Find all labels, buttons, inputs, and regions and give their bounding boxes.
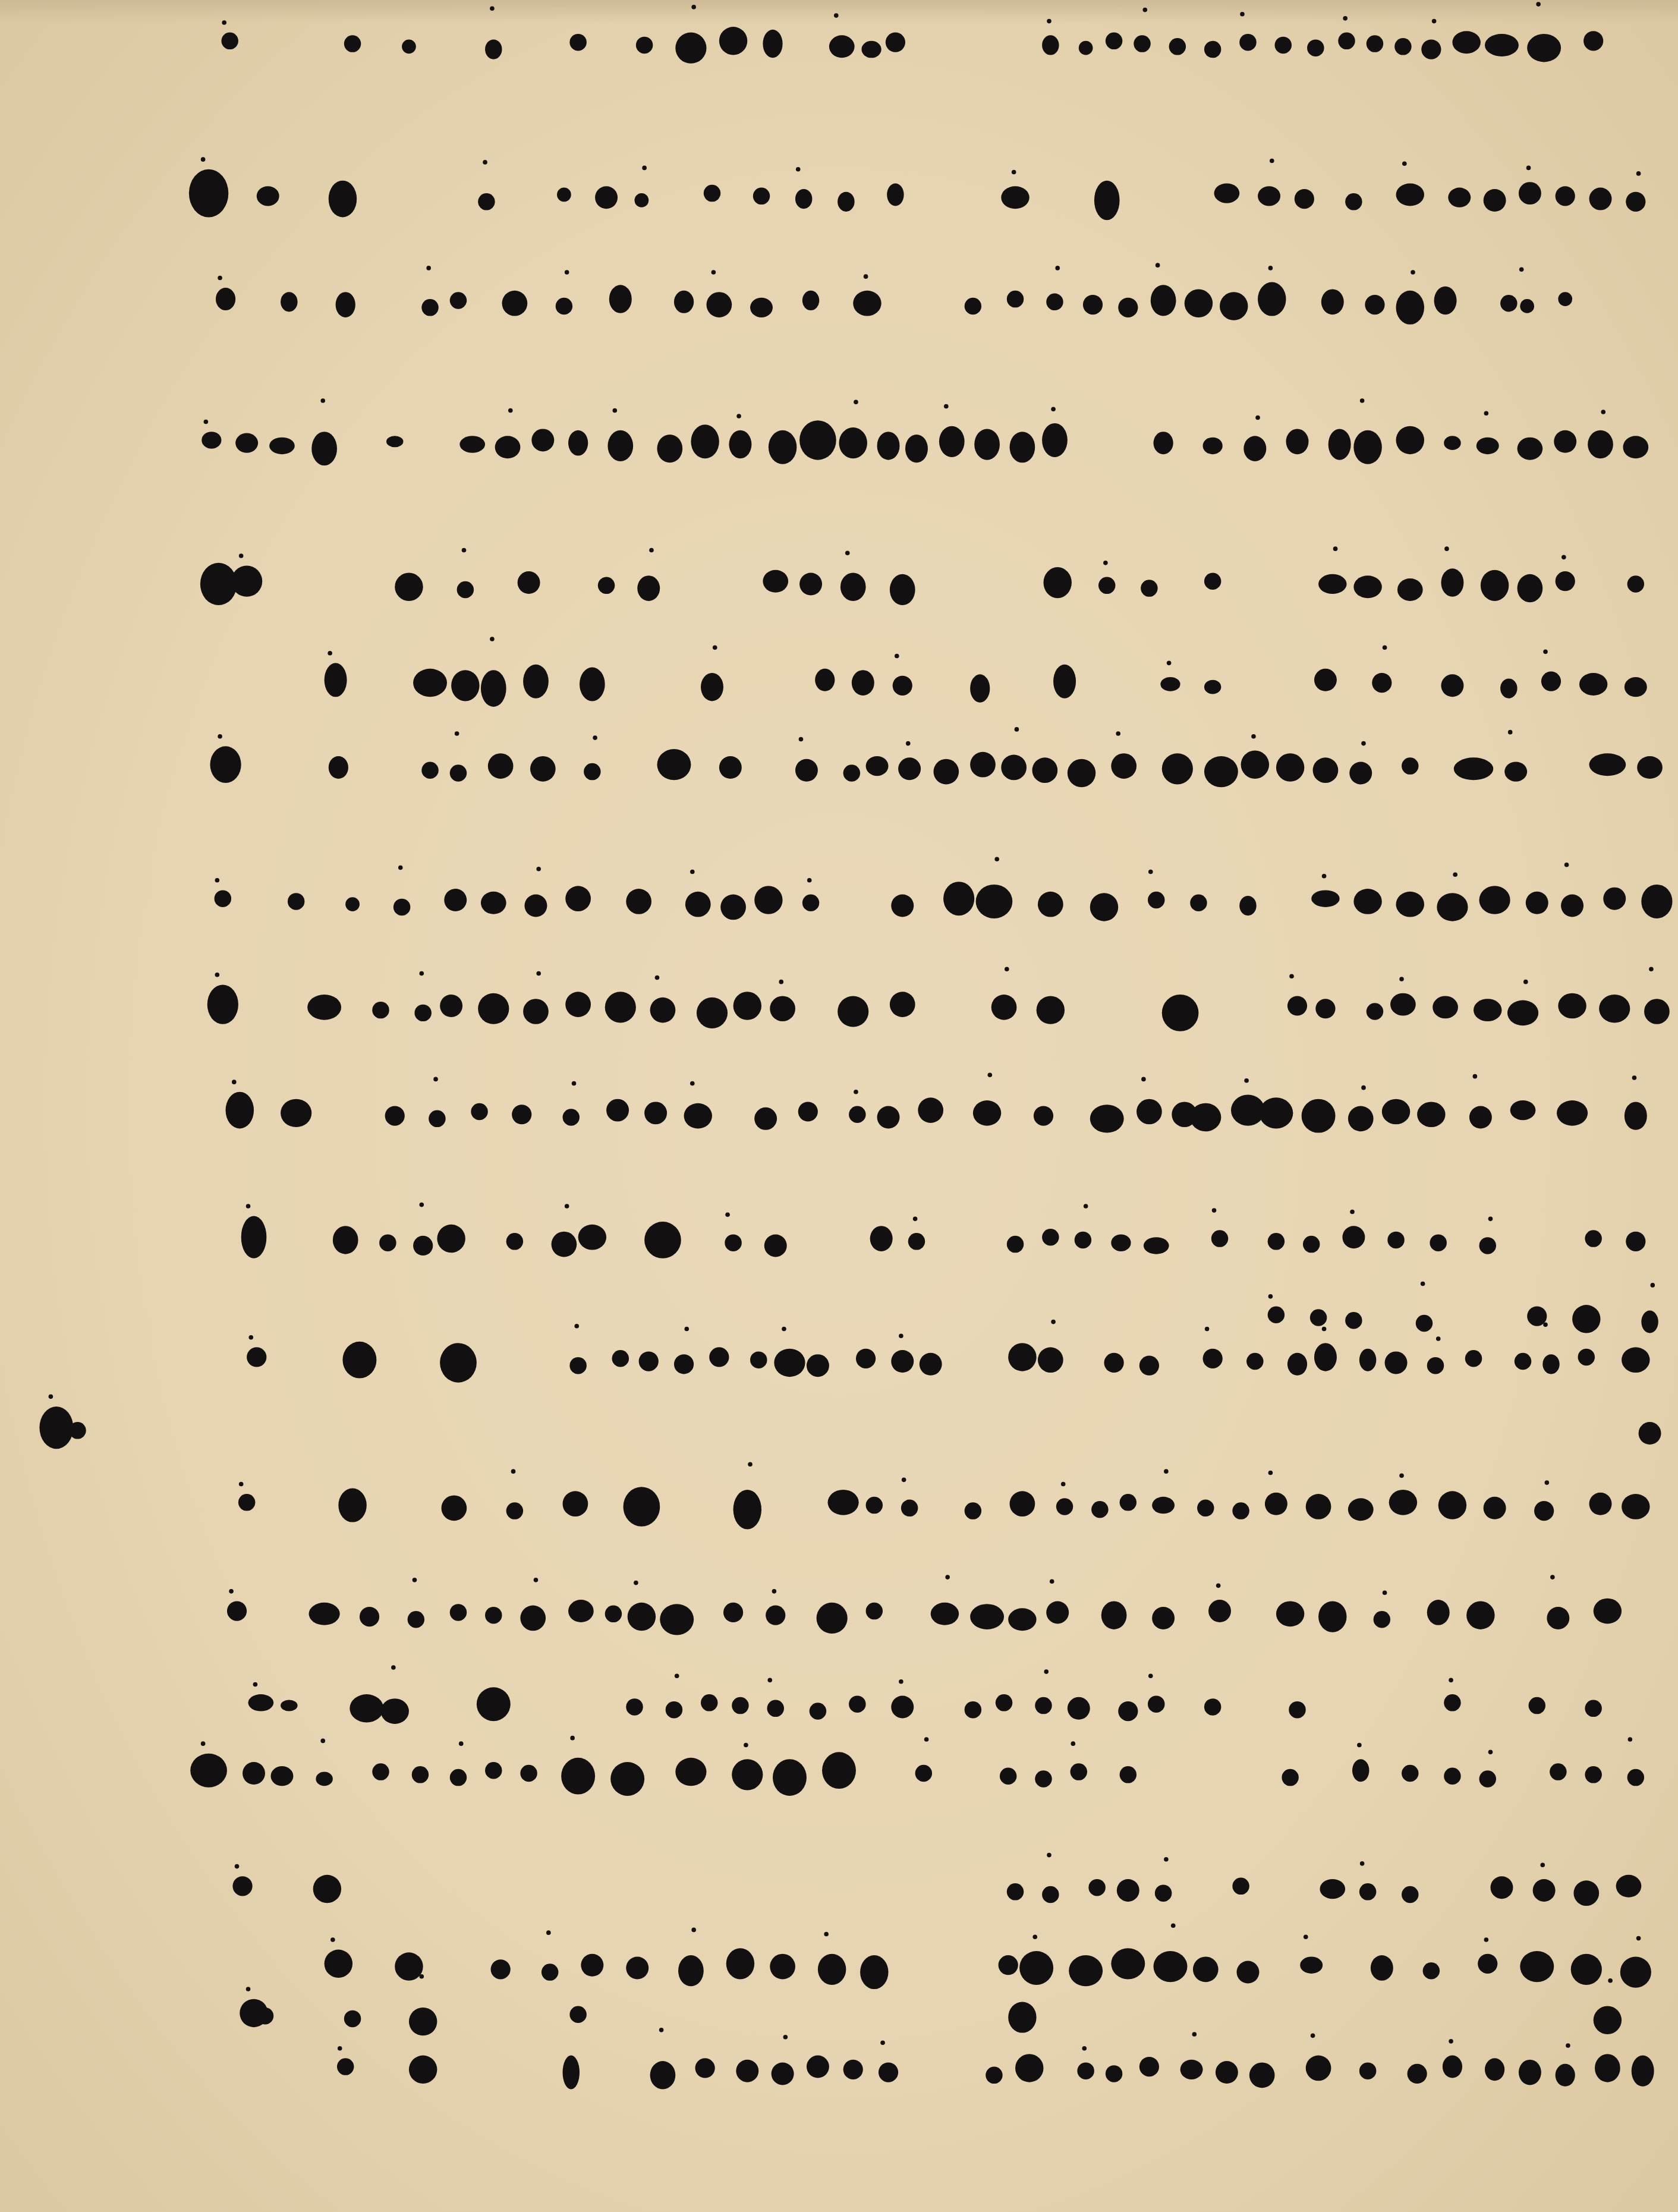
ink-dot bbox=[1469, 1106, 1492, 1129]
ink-dot bbox=[281, 1700, 297, 1711]
ink-speck bbox=[913, 1217, 918, 1222]
ink-dot bbox=[372, 1763, 389, 1780]
ink-dot bbox=[580, 667, 605, 701]
ink-dot bbox=[1148, 892, 1164, 908]
ink-dot bbox=[506, 1502, 523, 1519]
ink-dot bbox=[1365, 295, 1384, 314]
ink-dot bbox=[1098, 577, 1115, 594]
ink-dot bbox=[281, 292, 297, 311]
ink-dot bbox=[931, 1603, 959, 1625]
ink-dot bbox=[1300, 1956, 1323, 1973]
ink-dot bbox=[1594, 2006, 1622, 2034]
ink-dot bbox=[1427, 1357, 1444, 1374]
ink-speck bbox=[1051, 1320, 1056, 1324]
ink-dot bbox=[1423, 1962, 1440, 1979]
ink-dot bbox=[491, 1959, 511, 1979]
ink-dot bbox=[1106, 33, 1122, 49]
ink-dot bbox=[565, 886, 591, 911]
ink-dot bbox=[890, 992, 915, 1017]
ink-speck bbox=[691, 5, 696, 10]
ink-dot bbox=[1148, 1695, 1164, 1712]
ink-dot bbox=[1585, 1766, 1601, 1783]
ink-dot bbox=[345, 897, 360, 911]
ink-dot bbox=[1402, 757, 1418, 774]
ink-speck bbox=[824, 1932, 829, 1937]
ink-dot bbox=[770, 996, 795, 1021]
ink-speck bbox=[994, 857, 999, 861]
ink-speck bbox=[239, 1482, 244, 1487]
ink-dot bbox=[569, 1357, 586, 1374]
ink-dot bbox=[1088, 1879, 1105, 1896]
ink-dot bbox=[986, 2067, 1002, 2084]
ink-dot bbox=[1035, 1697, 1051, 1714]
ink-dot bbox=[626, 1956, 648, 1979]
ink-dot bbox=[1068, 759, 1095, 787]
ink-speck bbox=[536, 867, 541, 871]
ink-speck bbox=[330, 1937, 335, 1942]
ink-dot bbox=[1527, 34, 1561, 62]
ink-dot bbox=[1311, 890, 1339, 907]
ink-dot bbox=[1437, 893, 1468, 921]
ink-dot bbox=[450, 764, 467, 781]
ink-speck bbox=[1216, 1584, 1221, 1588]
ink-dot bbox=[1211, 1230, 1228, 1247]
ink-speck bbox=[1061, 1482, 1066, 1487]
ink-dot bbox=[1620, 1956, 1651, 1987]
ink-dot bbox=[311, 432, 337, 465]
ink-dot bbox=[1641, 885, 1672, 918]
ink-dot bbox=[598, 577, 615, 594]
ink-dot bbox=[563, 1491, 588, 1516]
ink-dot bbox=[450, 1769, 467, 1786]
ink-dot bbox=[970, 674, 990, 702]
ink-speck bbox=[799, 737, 804, 742]
ink-dot bbox=[1008, 1608, 1036, 1631]
ink-dot bbox=[530, 756, 556, 782]
ink-dot bbox=[877, 432, 900, 460]
ink-dot bbox=[1627, 575, 1644, 592]
ink-dot bbox=[1190, 895, 1207, 911]
ink-speck bbox=[1047, 1853, 1051, 1858]
ink-dot bbox=[568, 1600, 594, 1622]
ink-dot bbox=[1474, 999, 1501, 1021]
ink-dot bbox=[991, 995, 1017, 1020]
ink-dot bbox=[1259, 1097, 1293, 1128]
ink-dot bbox=[1507, 1000, 1538, 1026]
ink-dot bbox=[1595, 2054, 1620, 2082]
ink-dot bbox=[636, 37, 653, 54]
ink-speck bbox=[1142, 8, 1147, 12]
ink-dot bbox=[1348, 1106, 1374, 1132]
ink-dot bbox=[1111, 1948, 1145, 1979]
ink-speck bbox=[1473, 1074, 1478, 1079]
ink-dot bbox=[1053, 665, 1076, 698]
ink-dot bbox=[1556, 186, 1575, 206]
ink-speck bbox=[218, 734, 222, 739]
ink-speck bbox=[320, 398, 325, 403]
ink-speck bbox=[779, 980, 783, 984]
ink-dot bbox=[451, 670, 479, 701]
ink-dot bbox=[685, 892, 711, 917]
ink-dot bbox=[565, 992, 591, 1017]
ink-dot bbox=[1644, 999, 1670, 1024]
ink-dot bbox=[1204, 41, 1221, 58]
ink-speck bbox=[420, 1203, 424, 1207]
ink-speck bbox=[834, 13, 839, 18]
ink-speck bbox=[215, 973, 220, 977]
ink-speck bbox=[649, 548, 654, 553]
ink-dot bbox=[381, 1698, 409, 1724]
ink-dot bbox=[684, 1103, 712, 1129]
ink-dot bbox=[1599, 995, 1630, 1022]
ink-speck bbox=[613, 408, 618, 413]
ink-dot bbox=[1515, 1353, 1531, 1370]
ink-speck bbox=[1383, 645, 1387, 650]
ink-dot bbox=[1318, 1601, 1346, 1632]
ink-dot bbox=[1556, 2064, 1575, 2087]
ink-speck bbox=[744, 1743, 748, 1748]
ink-dot bbox=[1623, 436, 1648, 458]
ink-speck bbox=[1055, 266, 1060, 270]
ink-dot bbox=[1190, 1103, 1221, 1131]
ink-dot bbox=[1520, 299, 1534, 313]
ink-speck bbox=[725, 1212, 730, 1217]
ink-dot bbox=[1037, 996, 1065, 1024]
ink-speck bbox=[426, 266, 431, 270]
ink-speck bbox=[511, 1469, 516, 1474]
ink-dot bbox=[1265, 1493, 1287, 1515]
ink-speck bbox=[455, 731, 459, 736]
ink-dot bbox=[1151, 285, 1176, 316]
ink-dot bbox=[1236, 1961, 1259, 1984]
ink-speck bbox=[1350, 1210, 1355, 1214]
ink-dot bbox=[639, 1351, 659, 1371]
ink-speck bbox=[235, 1864, 240, 1869]
ink-dot bbox=[701, 673, 723, 701]
ink-dot bbox=[1303, 1236, 1320, 1253]
painting-canvas bbox=[0, 0, 1678, 2212]
ink-speck bbox=[222, 20, 226, 25]
ink-dot bbox=[764, 1234, 787, 1257]
ink-speck bbox=[691, 1928, 696, 1933]
ink-dot bbox=[1008, 2002, 1036, 2032]
ink-dot bbox=[325, 1950, 352, 1978]
ink-speck bbox=[574, 1324, 579, 1329]
ink-dot bbox=[542, 1964, 558, 1980]
ink-dot bbox=[485, 1762, 502, 1779]
ink-dot bbox=[1034, 1106, 1053, 1126]
ink-speck bbox=[1167, 661, 1172, 666]
ink-speck bbox=[902, 1478, 906, 1483]
ink-dot bbox=[1433, 996, 1458, 1018]
ink-dot bbox=[1144, 1237, 1169, 1254]
ink-dot bbox=[1589, 1493, 1612, 1515]
ink-speck bbox=[1141, 1077, 1146, 1082]
ink-dot bbox=[1390, 993, 1416, 1016]
ink-dot bbox=[1408, 2064, 1427, 2084]
ink-speck bbox=[854, 400, 858, 405]
ink-speck bbox=[1484, 411, 1489, 416]
ink-dot bbox=[450, 1604, 467, 1621]
ink-dot bbox=[879, 2062, 898, 2082]
ink-dot bbox=[675, 33, 706, 64]
ink-dot bbox=[725, 1234, 741, 1251]
ink-speck bbox=[845, 550, 850, 555]
ink-dot bbox=[1318, 574, 1346, 594]
ink-dot bbox=[1001, 755, 1027, 781]
ink-speck bbox=[1651, 1283, 1655, 1288]
ink-speck bbox=[433, 1077, 438, 1082]
ink-dot bbox=[288, 893, 304, 910]
ink-speck bbox=[1082, 2046, 1087, 2051]
ink-speck bbox=[1044, 1669, 1049, 1674]
ink-dot bbox=[829, 35, 855, 58]
ink-dot bbox=[849, 1695, 865, 1712]
ink-dot bbox=[644, 1102, 667, 1124]
ink-dot bbox=[720, 895, 746, 920]
ink-dot bbox=[1443, 2056, 1462, 2078]
ink-dot bbox=[1345, 1312, 1362, 1329]
ink-dot bbox=[1616, 1875, 1642, 1898]
ink-dot bbox=[257, 2008, 273, 2024]
ink-dot bbox=[1526, 892, 1548, 914]
ink-dot bbox=[1348, 1498, 1374, 1521]
ink-dot bbox=[1313, 757, 1339, 783]
ink-dot bbox=[1275, 37, 1292, 54]
ink-dot bbox=[459, 436, 485, 452]
ink-dot bbox=[226, 1092, 254, 1129]
ink-speck bbox=[1399, 1473, 1404, 1478]
ink-dot bbox=[1328, 429, 1351, 460]
ink-dot bbox=[1603, 888, 1626, 910]
ink-speck bbox=[1322, 1327, 1327, 1332]
ink-dot bbox=[769, 430, 797, 464]
ink-speck bbox=[1444, 546, 1449, 551]
ink-dot bbox=[709, 1347, 729, 1367]
ink-speck bbox=[1192, 2032, 1197, 2037]
ink-dot bbox=[840, 572, 866, 600]
ink-dot bbox=[1353, 575, 1381, 598]
ink-speck bbox=[1402, 161, 1407, 166]
ink-dot bbox=[344, 2010, 361, 2027]
ink-speck bbox=[1649, 967, 1654, 972]
ink-speck bbox=[1164, 1857, 1169, 1862]
ink-speck bbox=[1333, 546, 1338, 551]
ink-dot bbox=[1306, 1494, 1331, 1519]
ink-dot bbox=[610, 1762, 644, 1796]
ink-dot bbox=[866, 756, 889, 776]
ink-dot bbox=[1382, 1099, 1410, 1125]
ink-dot bbox=[675, 1758, 706, 1786]
ink-dot bbox=[241, 1216, 267, 1258]
ink-speck bbox=[1449, 1678, 1453, 1683]
ink-dot bbox=[965, 298, 981, 314]
ink-dot bbox=[360, 1607, 379, 1626]
ink-dot bbox=[605, 992, 636, 1022]
ink-dot bbox=[1510, 1100, 1536, 1120]
ink-dot bbox=[999, 1955, 1018, 1975]
ink-dot bbox=[1484, 189, 1506, 212]
ink-dot bbox=[1204, 572, 1221, 589]
ink-dot bbox=[1042, 423, 1068, 457]
ink-dot bbox=[1359, 1883, 1376, 1900]
ink-dot bbox=[1345, 193, 1362, 210]
ink-dot bbox=[1007, 1236, 1024, 1253]
ink-dot bbox=[481, 670, 506, 707]
ink-speck bbox=[483, 160, 487, 165]
ink-speck bbox=[218, 276, 222, 281]
ink-dot bbox=[243, 1762, 265, 1785]
ink-dot bbox=[1306, 2056, 1331, 2081]
ink-dot bbox=[200, 563, 237, 605]
ink-speck bbox=[338, 2046, 342, 2051]
ink-speck bbox=[1399, 977, 1404, 981]
ink-speck bbox=[1051, 407, 1056, 411]
ink-dot bbox=[973, 1100, 1001, 1126]
ink-dot bbox=[506, 1233, 523, 1250]
ink-dot bbox=[440, 1343, 477, 1382]
ink-dot bbox=[202, 432, 221, 448]
ink-dot bbox=[531, 429, 554, 451]
ink-dot bbox=[719, 27, 747, 55]
ink-speck bbox=[508, 408, 513, 413]
ink-dot bbox=[1289, 1701, 1305, 1718]
ink-speck bbox=[490, 6, 495, 11]
ink-dot bbox=[970, 1604, 1004, 1629]
ink-dot bbox=[732, 1759, 763, 1790]
ink-dot bbox=[905, 435, 928, 462]
ink-speck bbox=[782, 1327, 786, 1332]
ink-dot bbox=[799, 572, 822, 595]
ink-dot bbox=[1485, 2058, 1504, 2081]
ink-dot bbox=[802, 291, 819, 310]
ink-dot bbox=[763, 570, 788, 593]
ink-speck bbox=[1361, 741, 1366, 746]
ink-dot bbox=[444, 889, 467, 911]
ink-dot bbox=[325, 663, 347, 697]
ink-speck bbox=[413, 1578, 417, 1582]
ink-speck bbox=[398, 866, 403, 870]
ink-dot bbox=[1197, 1500, 1214, 1516]
ink-speck bbox=[988, 1072, 993, 1077]
ink-dot bbox=[1394, 38, 1411, 55]
ink-dot bbox=[1208, 1600, 1231, 1622]
ink-dot bbox=[1134, 35, 1150, 52]
ink-dot bbox=[891, 1350, 914, 1373]
ink-dot bbox=[1479, 1770, 1496, 1787]
ink-dot bbox=[569, 2006, 586, 2023]
ink-dot bbox=[1111, 753, 1136, 779]
ink-dot bbox=[581, 1954, 603, 1977]
ink-dot bbox=[344, 35, 361, 52]
ink-dot bbox=[485, 39, 502, 59]
ink-dot bbox=[1010, 1491, 1035, 1516]
ink-dot bbox=[707, 292, 732, 317]
ink-dot bbox=[1042, 35, 1059, 55]
ink-dot bbox=[732, 1697, 748, 1714]
ink-dot bbox=[1550, 1763, 1566, 1780]
ink-speck bbox=[1540, 1862, 1545, 1867]
ink-dot bbox=[495, 436, 521, 458]
ink-dot bbox=[860, 1955, 888, 1989]
ink-dot bbox=[1007, 1883, 1024, 1900]
ink-dot bbox=[1310, 1309, 1327, 1326]
ink-dot bbox=[313, 1875, 341, 1903]
ink-dot bbox=[1541, 672, 1561, 691]
ink-dot bbox=[856, 1349, 876, 1368]
ink-dot bbox=[1287, 1353, 1307, 1376]
ink-dot bbox=[1359, 1349, 1376, 1371]
ink-dot bbox=[1402, 1886, 1418, 1903]
ink-dot bbox=[1367, 35, 1383, 52]
ink-dot bbox=[1594, 1599, 1622, 1624]
ink-speck bbox=[1421, 1282, 1425, 1286]
ink-dot bbox=[1032, 757, 1058, 783]
ink-dot bbox=[1075, 1232, 1091, 1248]
ink-dot bbox=[552, 1232, 577, 1257]
ink-dot bbox=[1571, 1954, 1602, 1985]
ink-dot bbox=[970, 752, 996, 778]
ink-dot bbox=[1626, 192, 1645, 212]
ink-dot bbox=[697, 998, 728, 1028]
ink-speck bbox=[328, 651, 332, 656]
ink-dot bbox=[877, 1106, 900, 1129]
ink-dot bbox=[1561, 895, 1583, 917]
ink-dot bbox=[1268, 1306, 1285, 1323]
ink-dot bbox=[893, 676, 912, 696]
ink-dot bbox=[626, 1698, 643, 1715]
ink-dot bbox=[870, 1226, 893, 1251]
ink-speck bbox=[1628, 1737, 1633, 1742]
ink-speck bbox=[684, 1327, 689, 1332]
ink-dot bbox=[1091, 1501, 1108, 1518]
ink-speck bbox=[713, 645, 717, 650]
ink-dot bbox=[605, 1606, 622, 1622]
ink-dot bbox=[1444, 1767, 1460, 1784]
ink-dot bbox=[1444, 1694, 1460, 1711]
ink-dot bbox=[866, 1603, 883, 1619]
ink-dot bbox=[523, 999, 549, 1024]
ink-dot bbox=[409, 2008, 437, 2035]
ink-dot bbox=[488, 753, 514, 779]
ink-dot bbox=[1427, 1600, 1450, 1625]
ink-dot bbox=[1481, 570, 1509, 601]
ink-dot bbox=[1106, 2065, 1122, 2082]
ink-dot bbox=[996, 1694, 1012, 1711]
ink-dot bbox=[189, 169, 228, 218]
ink-speck bbox=[1270, 159, 1274, 163]
ink-speck bbox=[1116, 731, 1120, 736]
ink-dot bbox=[943, 882, 974, 915]
ink-dot bbox=[1374, 1611, 1390, 1628]
ink-dot bbox=[1068, 1697, 1090, 1720]
ink-dot bbox=[770, 1954, 795, 1980]
ink-dot bbox=[1038, 1347, 1063, 1373]
ink-dot bbox=[1094, 181, 1120, 220]
ink-dot bbox=[606, 1099, 629, 1122]
ink-dot bbox=[207, 984, 238, 1024]
ink-dot bbox=[635, 193, 649, 207]
ink-dot bbox=[853, 291, 881, 316]
ink-dot bbox=[561, 1758, 595, 1795]
ink-dot bbox=[818, 1954, 846, 1985]
ink-dot bbox=[918, 1097, 943, 1123]
ink-dot bbox=[1441, 674, 1463, 697]
ink-dot bbox=[1203, 438, 1223, 454]
ink-dot bbox=[502, 291, 528, 316]
ink-dot bbox=[1154, 1951, 1188, 1982]
ink-dot bbox=[795, 189, 812, 209]
